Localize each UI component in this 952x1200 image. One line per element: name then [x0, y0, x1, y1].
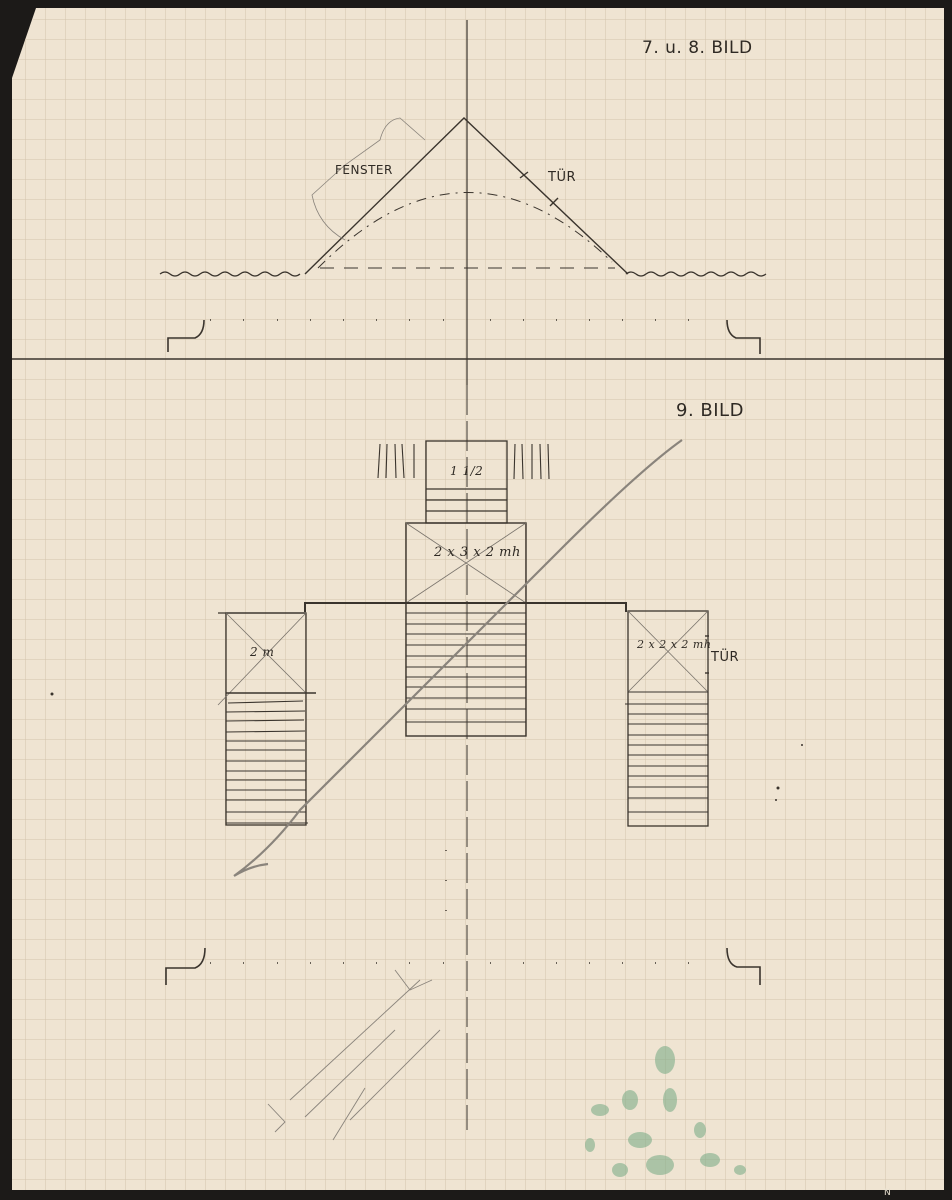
- bottom-title: 9. BILD: [676, 400, 744, 421]
- margin-mark: N: [884, 1188, 891, 1198]
- door-label-top: TÜR: [548, 170, 576, 185]
- window-label: FENSTER: [335, 163, 393, 177]
- right-block-label: 2 x 2 x 2 mh: [637, 638, 711, 651]
- left-block-label: 2 m: [250, 645, 274, 659]
- door-label-right: TÜR: [711, 650, 739, 665]
- center-block-label: 2 x 3 x 2 mh: [434, 545, 521, 560]
- drawing-sheet: 7. u. 8. BILD FENSTER TÜR 9. BILD 1 1/2 …: [0, 0, 952, 1200]
- top-title: 7. u. 8. BILD: [642, 38, 753, 58]
- graph-paper: [0, 0, 952, 1200]
- top-block-label: 1 1/2: [450, 464, 483, 478]
